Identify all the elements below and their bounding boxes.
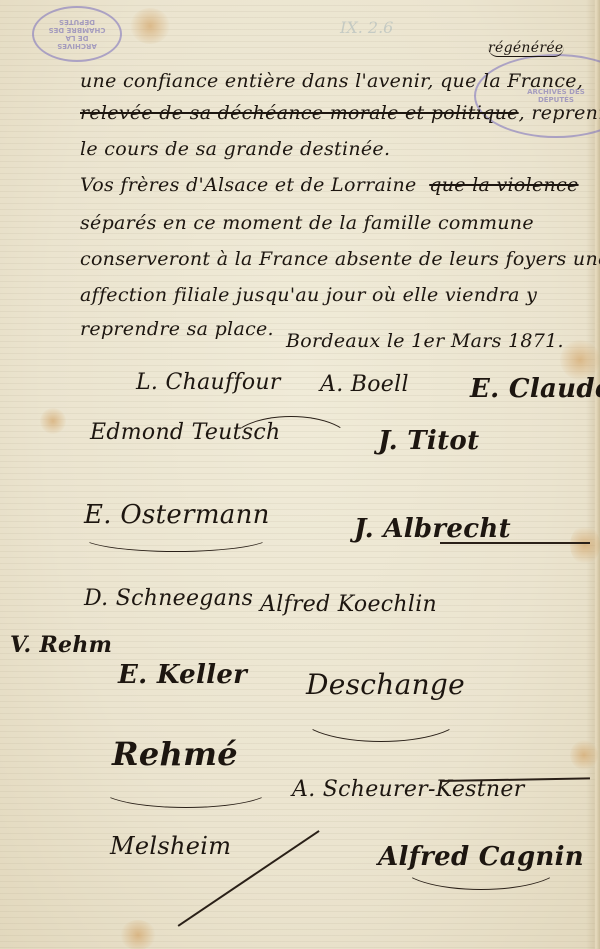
letter-page: ARCHIVES DE LA CHAMBRE DES DÉPUTÉS ARCHI… bbox=[0, 0, 600, 949]
stamp-line: ARCHIVES bbox=[57, 42, 97, 50]
stamp-line: DE LA bbox=[66, 34, 89, 42]
foxing-stain bbox=[570, 740, 598, 770]
folio-mark: IX. 2.6 bbox=[340, 18, 393, 37]
signature-underline bbox=[400, 840, 562, 890]
signature-underline bbox=[80, 520, 272, 552]
signature: D. Schneegans bbox=[84, 586, 253, 611]
signature-flourish bbox=[230, 416, 352, 470]
line-text: reprendre sa place. bbox=[80, 318, 274, 340]
signature: A. Scheurer-Kestner bbox=[292, 777, 525, 802]
signature: E. Keller bbox=[118, 660, 247, 690]
signature: A. Boell bbox=[320, 372, 409, 397]
signature: J. Albrecht bbox=[354, 514, 511, 544]
signature: E. Claudé bbox=[470, 374, 600, 404]
signature-flourish bbox=[300, 690, 462, 742]
inserted-word: régénérée bbox=[488, 40, 564, 57]
body-line-3: le cours de sa grande destinée. bbox=[80, 138, 390, 160]
signature: Melsheim bbox=[110, 832, 231, 860]
line-text: affection filiale jusqu'au jour où elle … bbox=[80, 284, 537, 306]
body-line-5: séparés en ce moment de la famille commu… bbox=[80, 212, 534, 234]
signature-flourish bbox=[100, 770, 272, 808]
signature: J. Titot bbox=[378, 426, 479, 456]
line-text: une confiance entière dans l'avenir, que… bbox=[80, 70, 583, 92]
line-text: séparés en ce moment de la famille commu… bbox=[80, 212, 534, 234]
line-text: Vos frères d'Alsace et de Lorraine bbox=[80, 174, 417, 196]
body-line-6: conserveront à la France absente de leur… bbox=[80, 248, 600, 270]
foxing-stain bbox=[40, 408, 66, 434]
struck-text: relevée de sa déchéance morale et politi… bbox=[80, 102, 519, 124]
foxing-stain bbox=[130, 8, 170, 44]
struck-text: que la violence bbox=[429, 174, 578, 196]
foxing-stain bbox=[570, 525, 600, 565]
signature: Alfred Koechlin bbox=[260, 592, 437, 617]
signature-underline bbox=[440, 542, 590, 544]
signature: L. Chauffour bbox=[136, 370, 281, 395]
paper-edge bbox=[586, 0, 600, 949]
line-text: le cours de sa grande destinée. bbox=[80, 138, 390, 160]
stamp-line: CHAMBRE DES DÉPUTÉS bbox=[34, 18, 120, 34]
body-line-8: reprendre sa place. bbox=[80, 318, 274, 340]
dateline: Bordeaux le 1er Mars 1871. bbox=[286, 330, 564, 352]
body-line-1: une confiance entière dans l'avenir, que… bbox=[80, 70, 583, 92]
signature: Rehmé bbox=[112, 735, 238, 773]
archive-stamp-right: ARCHIVES DES DÉPUTÉS bbox=[474, 54, 600, 138]
body-line-7: affection filiale jusqu'au jour où elle … bbox=[80, 284, 537, 306]
archive-stamp-left: ARCHIVES DE LA CHAMBRE DES DÉPUTÉS bbox=[32, 6, 122, 62]
body-line-4: Vos frères d'Alsace et de Lorraine que l… bbox=[80, 174, 579, 196]
line-text: conserveront à la France absente de leur… bbox=[80, 248, 600, 270]
foxing-stain bbox=[120, 920, 156, 949]
body-line-2: relevée de sa déchéance morale et politi… bbox=[80, 102, 600, 124]
signature: V. Rehm bbox=[10, 632, 112, 658]
line-text: , reprenne bbox=[519, 102, 600, 124]
